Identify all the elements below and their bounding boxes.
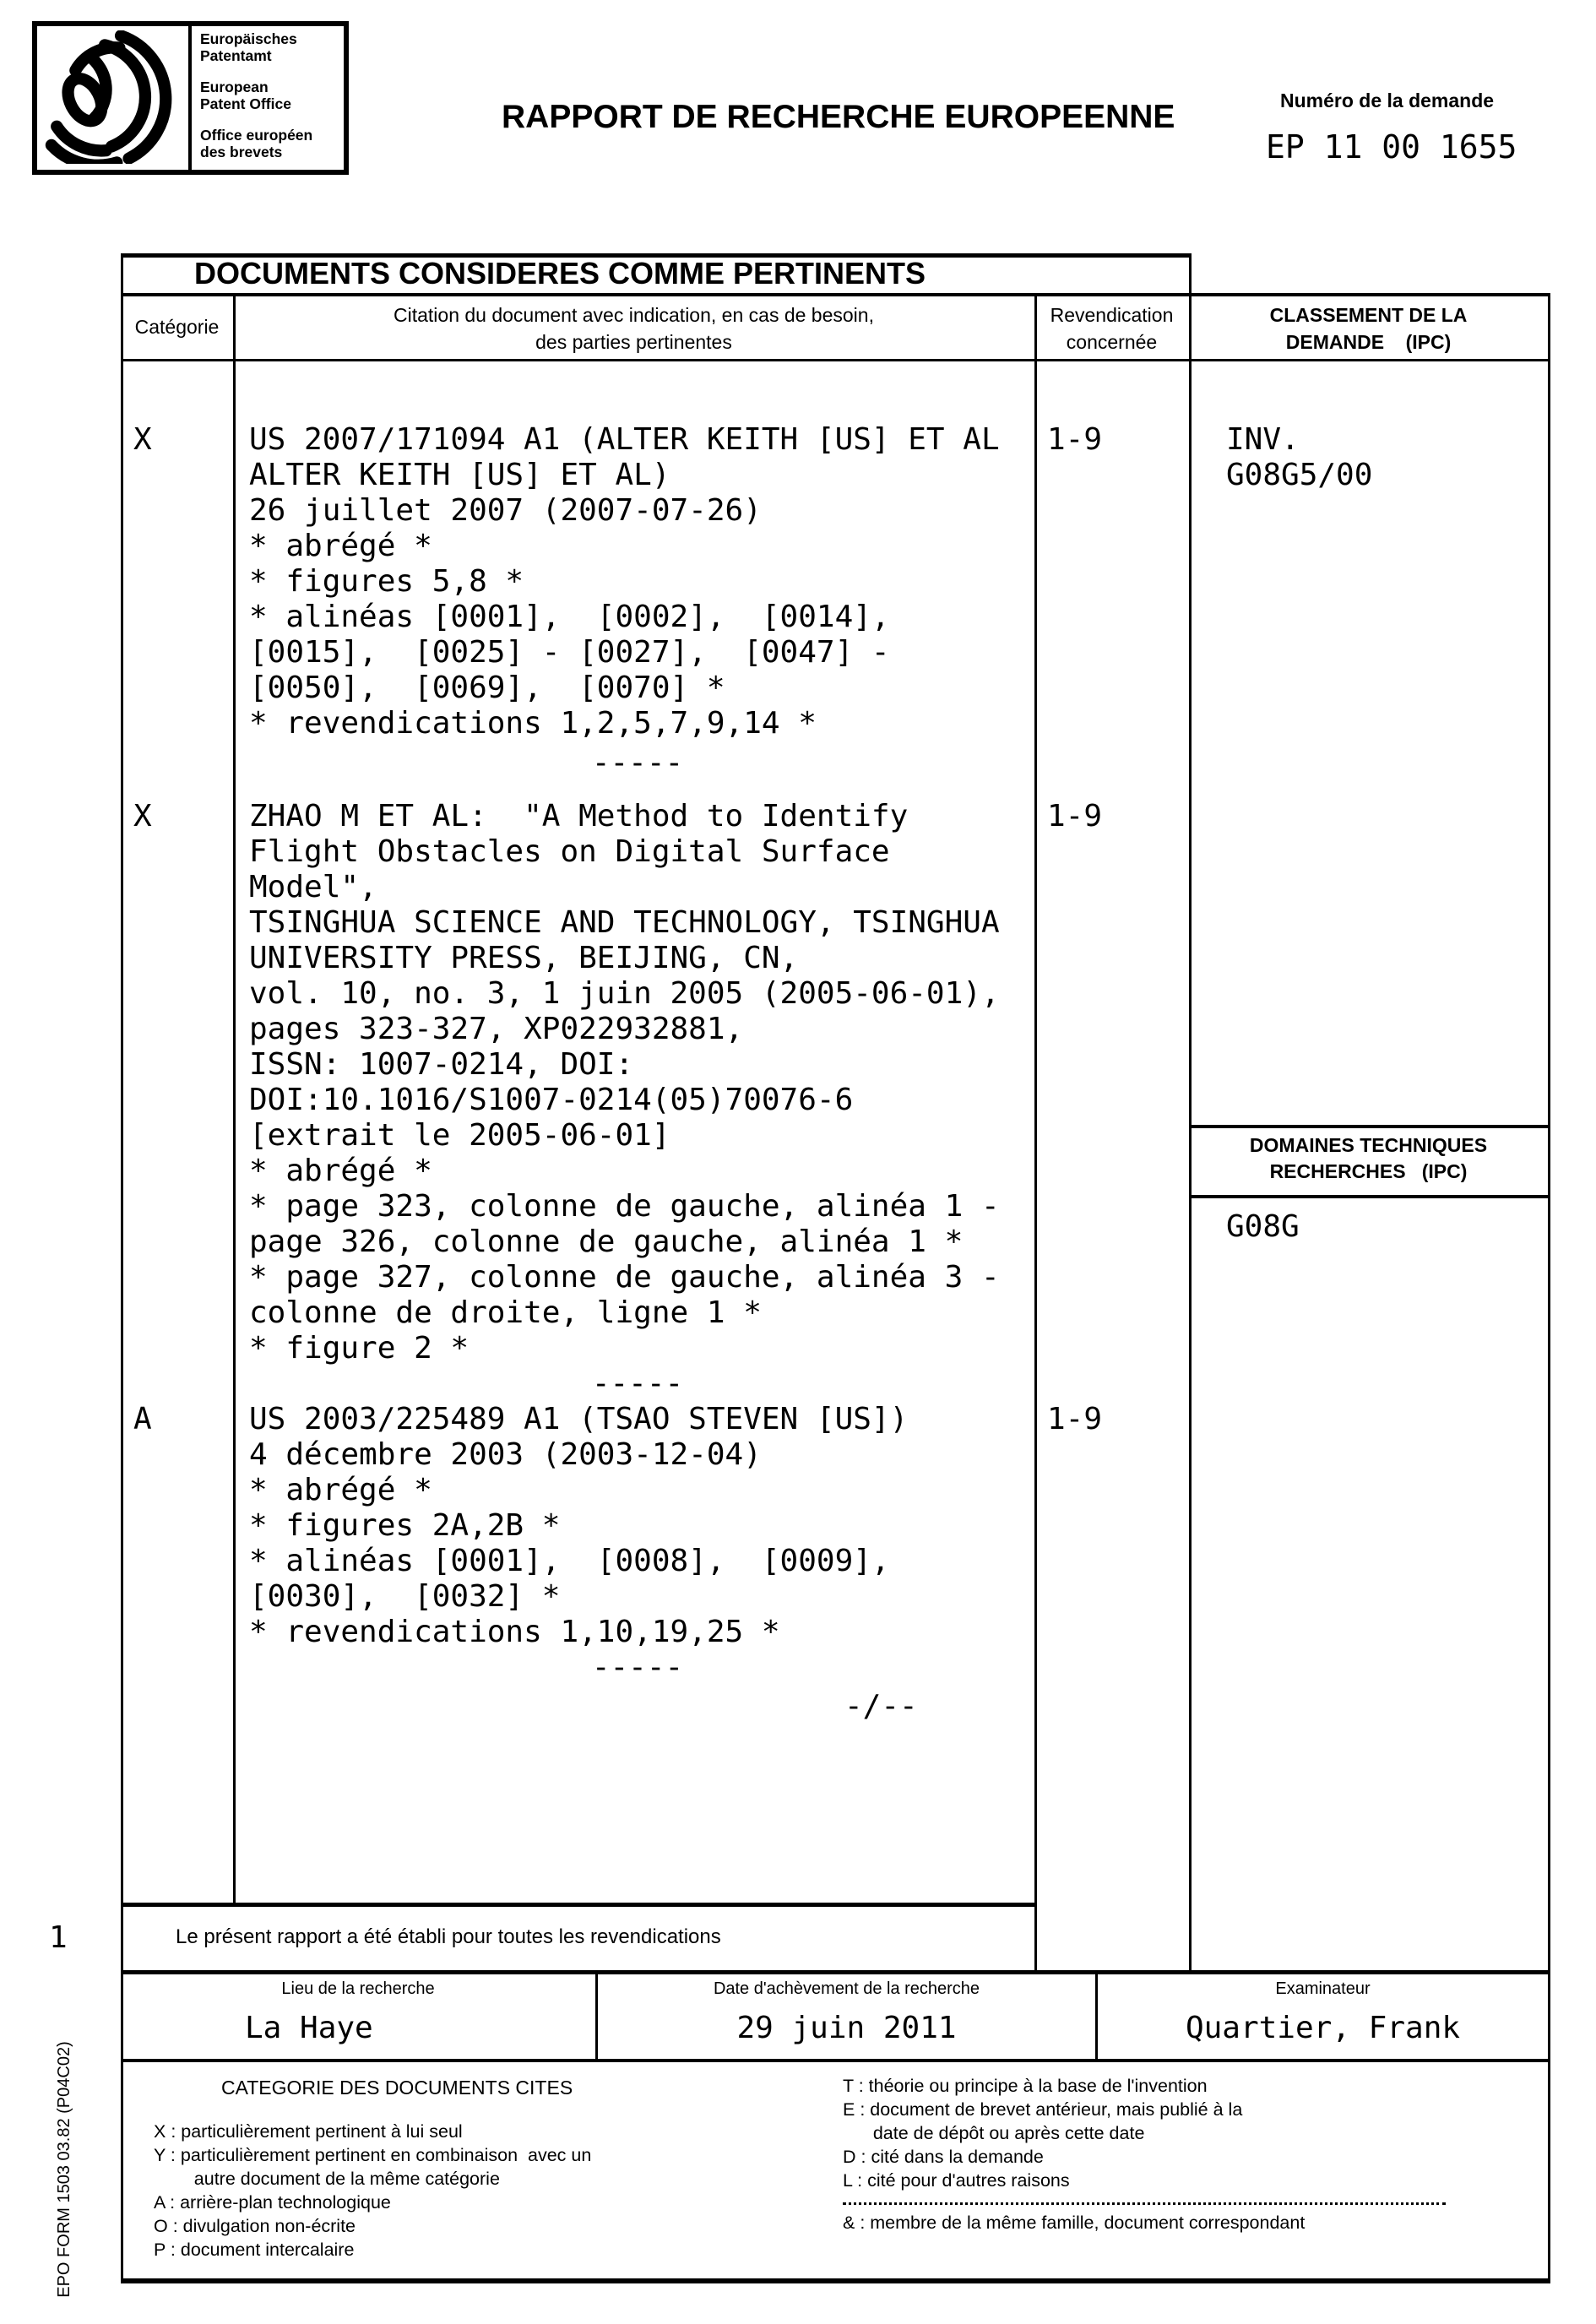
table-border-line xyxy=(121,2278,1550,2283)
classification-ipc: INV. G08G5/00 xyxy=(1226,422,1372,493)
examiner-value: Quartier, Frank xyxy=(1098,2011,1548,2046)
table-border-line xyxy=(121,2059,1550,2062)
column-header-claims: concernée xyxy=(1034,329,1189,356)
column-header-category: Catégorie xyxy=(121,314,233,340)
epo-name-german: Europäisches Patentamt xyxy=(200,31,297,64)
searched-domains-header: DOMAINES TECHNIQUES RECHERCHES (IPC) xyxy=(1189,1132,1548,1185)
search-place-value: La Haye xyxy=(245,2011,373,2046)
application-number-label: Numéro de la demande xyxy=(1280,90,1494,112)
epo-name-english: European Patent Office xyxy=(200,79,291,112)
table-border-line xyxy=(1189,253,1192,1970)
examiner-label: Examinateur xyxy=(1098,1979,1548,1999)
entry-category: X xyxy=(133,799,152,834)
search-report-page: Europäisches Patentamt European Patent O… xyxy=(0,0,1596,2324)
table-border-line xyxy=(1548,293,1550,2283)
table-border-line xyxy=(233,293,236,1903)
table-border-line xyxy=(1189,1195,1550,1198)
entry-category: X xyxy=(133,422,152,458)
table-border-line xyxy=(121,1903,1037,1907)
column-header-citation: Citation du document avec indication, en… xyxy=(233,302,1034,329)
table-border-line xyxy=(121,293,1550,296)
family-separator-dotted-line xyxy=(843,2187,1446,2205)
entry-claims: 1-9 xyxy=(1047,799,1102,834)
form-code-vertical: EPO FORM 1503 03.82 (P04C02) xyxy=(55,2017,77,2321)
entry-category: A xyxy=(133,1402,152,1437)
epo-logo-divider xyxy=(188,21,192,175)
entry-claims: 1-9 xyxy=(1047,422,1102,458)
search-place-label: Lieu de la recherche xyxy=(121,1979,595,1999)
table-border-line xyxy=(1189,1125,1550,1128)
entry-citation: US 2007/171094 A1 (ALTER KEITH [US] ET A… xyxy=(249,422,1000,741)
entry-citation: US 2003/225489 A1 (TSAO STEVEN [US]) 4 d… xyxy=(249,1402,908,1650)
section-title: DOCUMENTS CONSIDERES COMME PERTINENTS xyxy=(194,256,926,291)
continuation-mark: -/-- xyxy=(844,1689,918,1724)
entry-separator: ----- xyxy=(249,1366,1026,1402)
searched-domains-value: G08G xyxy=(1226,1209,1300,1245)
page-number: 1 xyxy=(49,1920,68,1955)
search-date-label: Date d'achèvement de la recherche xyxy=(598,1979,1095,1999)
table-border-line xyxy=(1034,293,1037,1970)
search-date-value: 29 juin 2011 xyxy=(598,2011,1095,2046)
entry-citation: ZHAO M ET AL: "A Method to Identify Flig… xyxy=(249,799,1000,1366)
entry-claims: 1-9 xyxy=(1047,1402,1102,1437)
column-header-classification: CLASSEMENT DE LA xyxy=(1189,302,1548,329)
column-header-classification: DEMANDE (IPC) xyxy=(1189,329,1548,356)
column-header-claims: Revendication xyxy=(1034,302,1189,329)
legend-title: CATEGORIE DES DOCUMENTS CITES xyxy=(221,2077,573,2099)
entry-separator: ----- xyxy=(249,746,1026,781)
column-header-citation: des parties pertinentes xyxy=(233,329,1034,356)
epo-name-french: Office européen des brevets xyxy=(200,128,312,160)
legend-categories: X : particulièrement pertinent à lui seu… xyxy=(154,2120,591,2262)
completion-note: Le présent rapport a été établi pour tou… xyxy=(176,1925,721,1949)
legend-definitions: T : théorie ou principe à la base de l'i… xyxy=(843,2074,1242,2192)
entry-separator: ----- xyxy=(249,1650,1026,1686)
table-border-line xyxy=(121,1970,1550,1974)
application-number: EP 11 00 1655 xyxy=(1266,128,1517,166)
table-border-line xyxy=(121,359,1548,361)
epo-logo-icon xyxy=(44,30,179,164)
report-title: RAPPORT DE RECHERCHE EUROPEENNE xyxy=(502,99,1175,136)
legend-family-member: & : membre de la même famille, document … xyxy=(843,2211,1305,2234)
